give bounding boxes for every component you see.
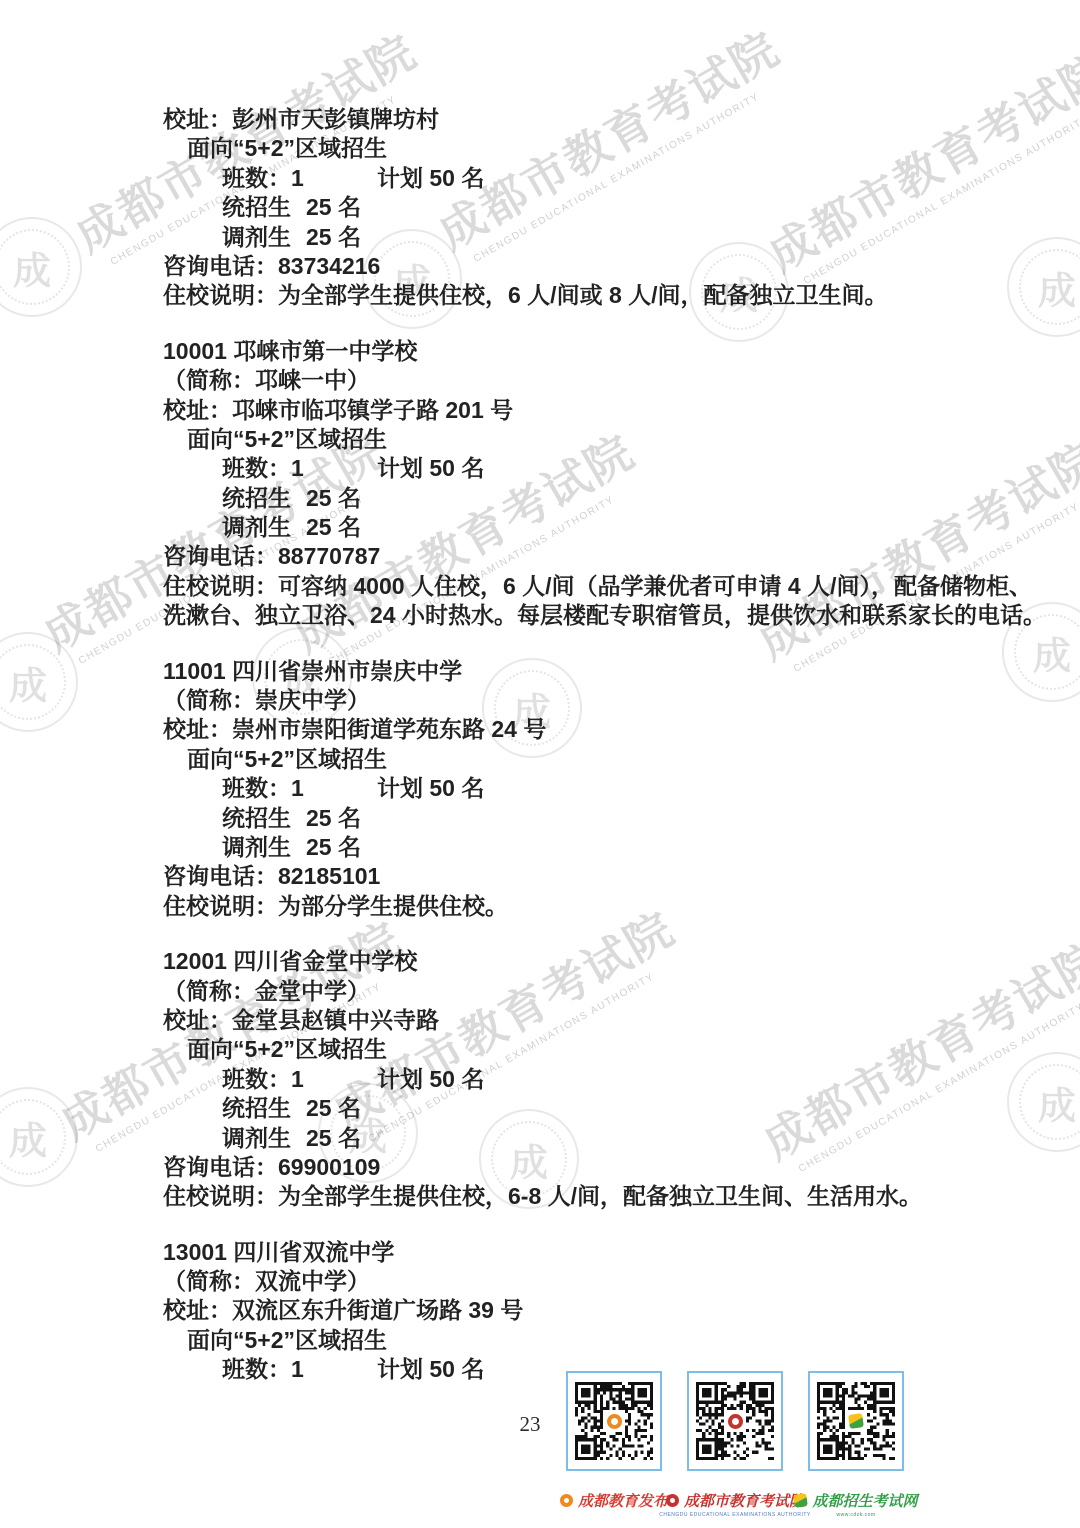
enrollment-stat-line: 统招生25 名 [222,484,1046,513]
school-address: 校址：金堂县赵镇中兴寺路 [163,1006,1046,1035]
school-phone: 咨询电话：82185101 [163,862,1046,891]
chengdu-edu-release-icon [560,1494,573,1507]
school-class-plan-line: 班数：1计划 50 名 [222,774,1046,803]
school-list: 校址：彭州市天彭镇牌坊村面向“5+2”区域招生班数：1计划 50 名统招生25 … [163,105,1046,1385]
school-region: 面向“5+2”区域招生 [187,425,1046,454]
plan-count: 计划 50 名 [377,1065,484,1094]
school-address: 校址：彭州市天彭镇牌坊村 [163,105,1046,134]
stat-label: 调剂生 [222,514,291,540]
watermark-seal-icon: 成 [0,632,78,732]
stat-value: 25 名 [306,1095,361,1121]
school-code-title: 10001 邛崃市第一中学校 [163,337,1046,366]
stat-value: 25 名 [306,805,361,831]
stat-value: 25 名 [306,1125,361,1151]
qr-code [566,1371,662,1471]
school-phone: 咨询电话：88770787 [163,542,1046,571]
stat-label: 统招生 [222,194,291,220]
stat-value: 25 名 [306,194,361,220]
enrollment-stat-line: 调剂生25 名 [222,513,1046,542]
enrollment-stat-line: 统招生25 名 [222,804,1046,833]
enrollment-stat-line: 调剂生25 名 [222,833,1046,862]
school-address: 校址：邛崃市临邛镇学子路 201 号 [163,396,1046,425]
school-short-name: （简称：金堂中学） [163,977,1046,1006]
watermark-seal-icon: 成 [0,1087,78,1187]
stat-label: 统招生 [222,485,291,511]
class-count: 班数：1 [222,1066,304,1092]
plan-count: 计划 50 名 [377,774,484,803]
qr-label-text: 成都招生考试网 [812,1490,917,1511]
enrollment-stat-line: 调剂生25 名 [222,1124,1046,1153]
qr-code [687,1371,783,1471]
school-short-name: （简称：邛崃一中） [163,366,1046,395]
qr-sublabel-text: www.cdzk.com [836,1512,875,1518]
school-short-name: （简称：双流中学） [163,1267,1046,1296]
stat-value: 25 名 [306,514,361,540]
qr-center-logo-icon [603,1410,625,1432]
stat-value: 25 名 [306,834,361,860]
school-region: 面向“5+2”区域招生 [187,1326,1046,1355]
school-code-title: 12001 四川省金堂中学校 [163,947,1046,976]
document-page: 成都市教育考试院CHENGDU EDUCATIONAL EXAMINATIONS… [0,0,1080,1528]
stat-label: 统招生 [222,805,291,831]
class-count: 班数：1 [222,1356,304,1382]
stat-value: 25 名 [306,485,361,511]
school-class-plan-line: 班数：1计划 50 名 [222,164,1046,193]
housing-note-line: 住校说明：为全部学生提供住校，6 人/间或 8 人/间，配备独立卫生间。 [163,281,1046,310]
qr-code [808,1371,904,1471]
school-region: 面向“5+2”区域招生 [187,134,1046,163]
chengdu-zhaosheng-web-icon [794,1494,807,1507]
plan-count: 计划 50 名 [377,164,484,193]
school-address: 校址：双流区东升街道广场路 39 号 [163,1296,1046,1325]
class-count: 班数：1 [222,165,304,191]
housing-note-line: 住校说明：可容纳 4000 人住校，6 人/间（品学兼优者可申请 4 人/间），… [163,572,1046,601]
school-phone: 咨询电话：69900109 [163,1153,1046,1182]
school-short-name: （简称：崇庆中学） [163,686,1046,715]
stat-label: 统招生 [222,1095,291,1121]
school-phone: 咨询电话：83734216 [163,252,1046,281]
school-region: 面向“5+2”区域招生 [187,745,1046,774]
stat-label: 调剂生 [222,224,291,250]
stat-label: 调剂生 [222,1125,291,1151]
housing-note-line: 洗漱台、独立卫浴、24 小时热水。每层楼配专职宿管员，提供饮水和联系家长的电话。 [163,601,1046,630]
enrollment-stat-line: 统招生25 名 [222,1094,1046,1123]
qr-center-logo-icon [845,1410,867,1432]
page-number: 23 [505,1412,555,1437]
school-block: 10001 邛崃市第一中学校（简称：邛崃一中）校址：邛崃市临邛镇学子路 201 … [163,337,1046,631]
school-block: 校址：彭州市天彭镇牌坊村面向“5+2”区域招生班数：1计划 50 名统招生25 … [163,105,1046,311]
school-block: 12001 四川省金堂中学校（简称：金堂中学）校址：金堂县赵镇中兴寺路面向“5+… [163,947,1046,1212]
qr-center-logo-icon [724,1410,746,1432]
enrollment-stat-line: 统招生25 名 [222,193,1046,222]
school-code-title: 11001 四川省崇州市崇庆中学 [163,657,1046,686]
school-block: 13001 四川省双流中学（简称：双流中学）校址：双流区东升街道广场路 39 号… [163,1238,1046,1385]
school-block: 11001 四川省崇州市崇庆中学（简称：崇庆中学）校址：崇州市崇阳街道学苑东路 … [163,657,1046,922]
school-class-plan-line: 班数：1计划 50 名 [222,454,1046,483]
stat-value: 25 名 [306,224,361,250]
qr-label: 成都招生考试网www.cdzk.com [776,1490,936,1518]
housing-note-line: 住校说明：为部分学生提供住校。 [163,892,1046,921]
plan-count: 计划 50 名 [377,1355,484,1384]
stat-label: 调剂生 [222,834,291,860]
watermark-seal-icon: 成 [0,217,82,317]
school-address: 校址：崇州市崇阳街道学苑东路 24 号 [163,715,1046,744]
school-code-title: 13001 四川省双流中学 [163,1238,1046,1267]
plan-count: 计划 50 名 [377,454,484,483]
enrollment-stat-line: 调剂生25 名 [222,223,1046,252]
housing-note-line: 住校说明：为全部学生提供住校，6-8 人/间，配备独立卫生间、生活用水。 [163,1182,1046,1211]
school-class-plan-line: 班数：1计划 50 名 [222,1065,1046,1094]
chengdu-exam-authority-icon [666,1494,679,1507]
class-count: 班数：1 [222,775,304,801]
school-region: 面向“5+2”区域招生 [187,1035,1046,1064]
class-count: 班数：1 [222,455,304,481]
